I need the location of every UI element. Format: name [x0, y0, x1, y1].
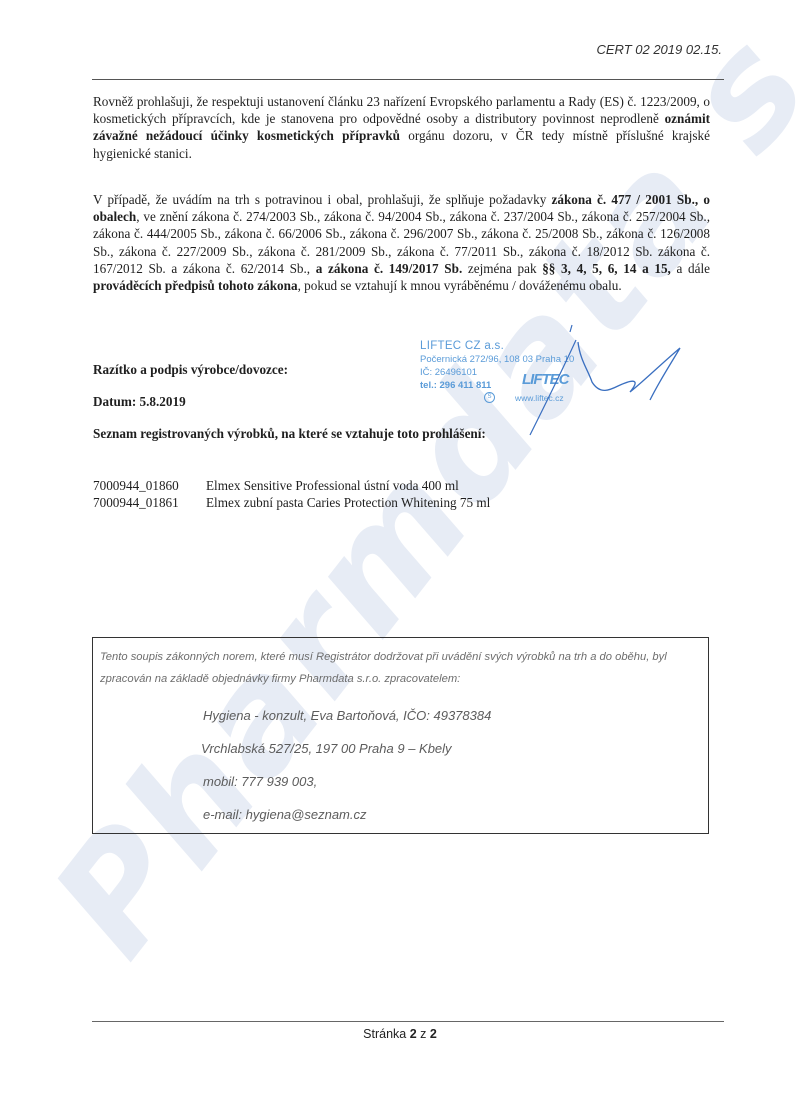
text: , pokud se vztahují k mnou vyráběnému / …: [298, 278, 622, 293]
header-divider: [92, 79, 724, 80]
paragraph-cosmetics-notice: Rovněž prohlašuji, že respektuji ustanov…: [93, 93, 710, 162]
signature-icon: [500, 320, 730, 440]
bold-text: §§ 3, 4, 5, 6, 14 a 15,: [542, 261, 671, 276]
paragraph-packaging-law: V případě, že uvádím na trh s potravinou…: [93, 191, 710, 294]
text: Rovněž prohlašuji, že respektuji ustanov…: [93, 94, 710, 126]
product-list-label: Seznam registrovaných výrobků, na které …: [93, 425, 486, 442]
product-name: Elmex zubní pasta Caries Protection Whit…: [206, 494, 490, 511]
processor-info-box: Tento soupis zákonných norem, které musí…: [92, 637, 709, 834]
bold-text: prováděcích předpisů tohoto zákona: [93, 278, 298, 293]
product-row: 7000944_01860 Elmex Sensitive Profession…: [93, 477, 490, 494]
stamp-signature-label: Razítko a podpis výrobce/dovozce:: [93, 361, 288, 378]
processor-address: Vrchlabská 527/25, 197 00 Praha 9 – Kbel…: [201, 741, 452, 756]
current-page: 2: [410, 1027, 417, 1041]
product-row: 7000944_01861 Elmex zubní pasta Caries P…: [93, 494, 490, 511]
page-label: Stránka: [363, 1027, 406, 1041]
document-code: CERT 02 2019 02.15.: [596, 42, 722, 57]
processor-name: Hygiena - konzult, Eva Bartoňová, IČO: 4…: [203, 708, 491, 723]
product-list: 7000944_01860 Elmex Sensitive Profession…: [93, 477, 490, 511]
processor-mobile: mobil: 777 939 003,: [203, 774, 317, 789]
text: V případě, že uvádím na trh s potravinou…: [93, 192, 552, 207]
product-name: Elmex Sensitive Professional ústní voda …: [206, 477, 459, 494]
info-intro: Tento soupis zákonných norem, které musí…: [100, 646, 705, 690]
date-label: Datum: 5.8.2019: [93, 393, 186, 410]
product-code: 7000944_01860: [93, 477, 206, 494]
total-pages: 2: [430, 1027, 437, 1041]
text: a dále: [671, 261, 710, 276]
product-code: 7000944_01861: [93, 494, 206, 511]
bold-text: a zákona č. 149/2017 Sb.: [316, 261, 462, 276]
footer-divider: [92, 1021, 724, 1022]
page-number: Stránka 2 z 2: [0, 1027, 800, 1041]
stamp-circle-icon: S: [484, 392, 495, 403]
processor-email: e-mail: hygiena@seznam.cz: [203, 807, 366, 822]
text: zejména pak: [462, 261, 542, 276]
page-sep: z: [420, 1027, 426, 1041]
